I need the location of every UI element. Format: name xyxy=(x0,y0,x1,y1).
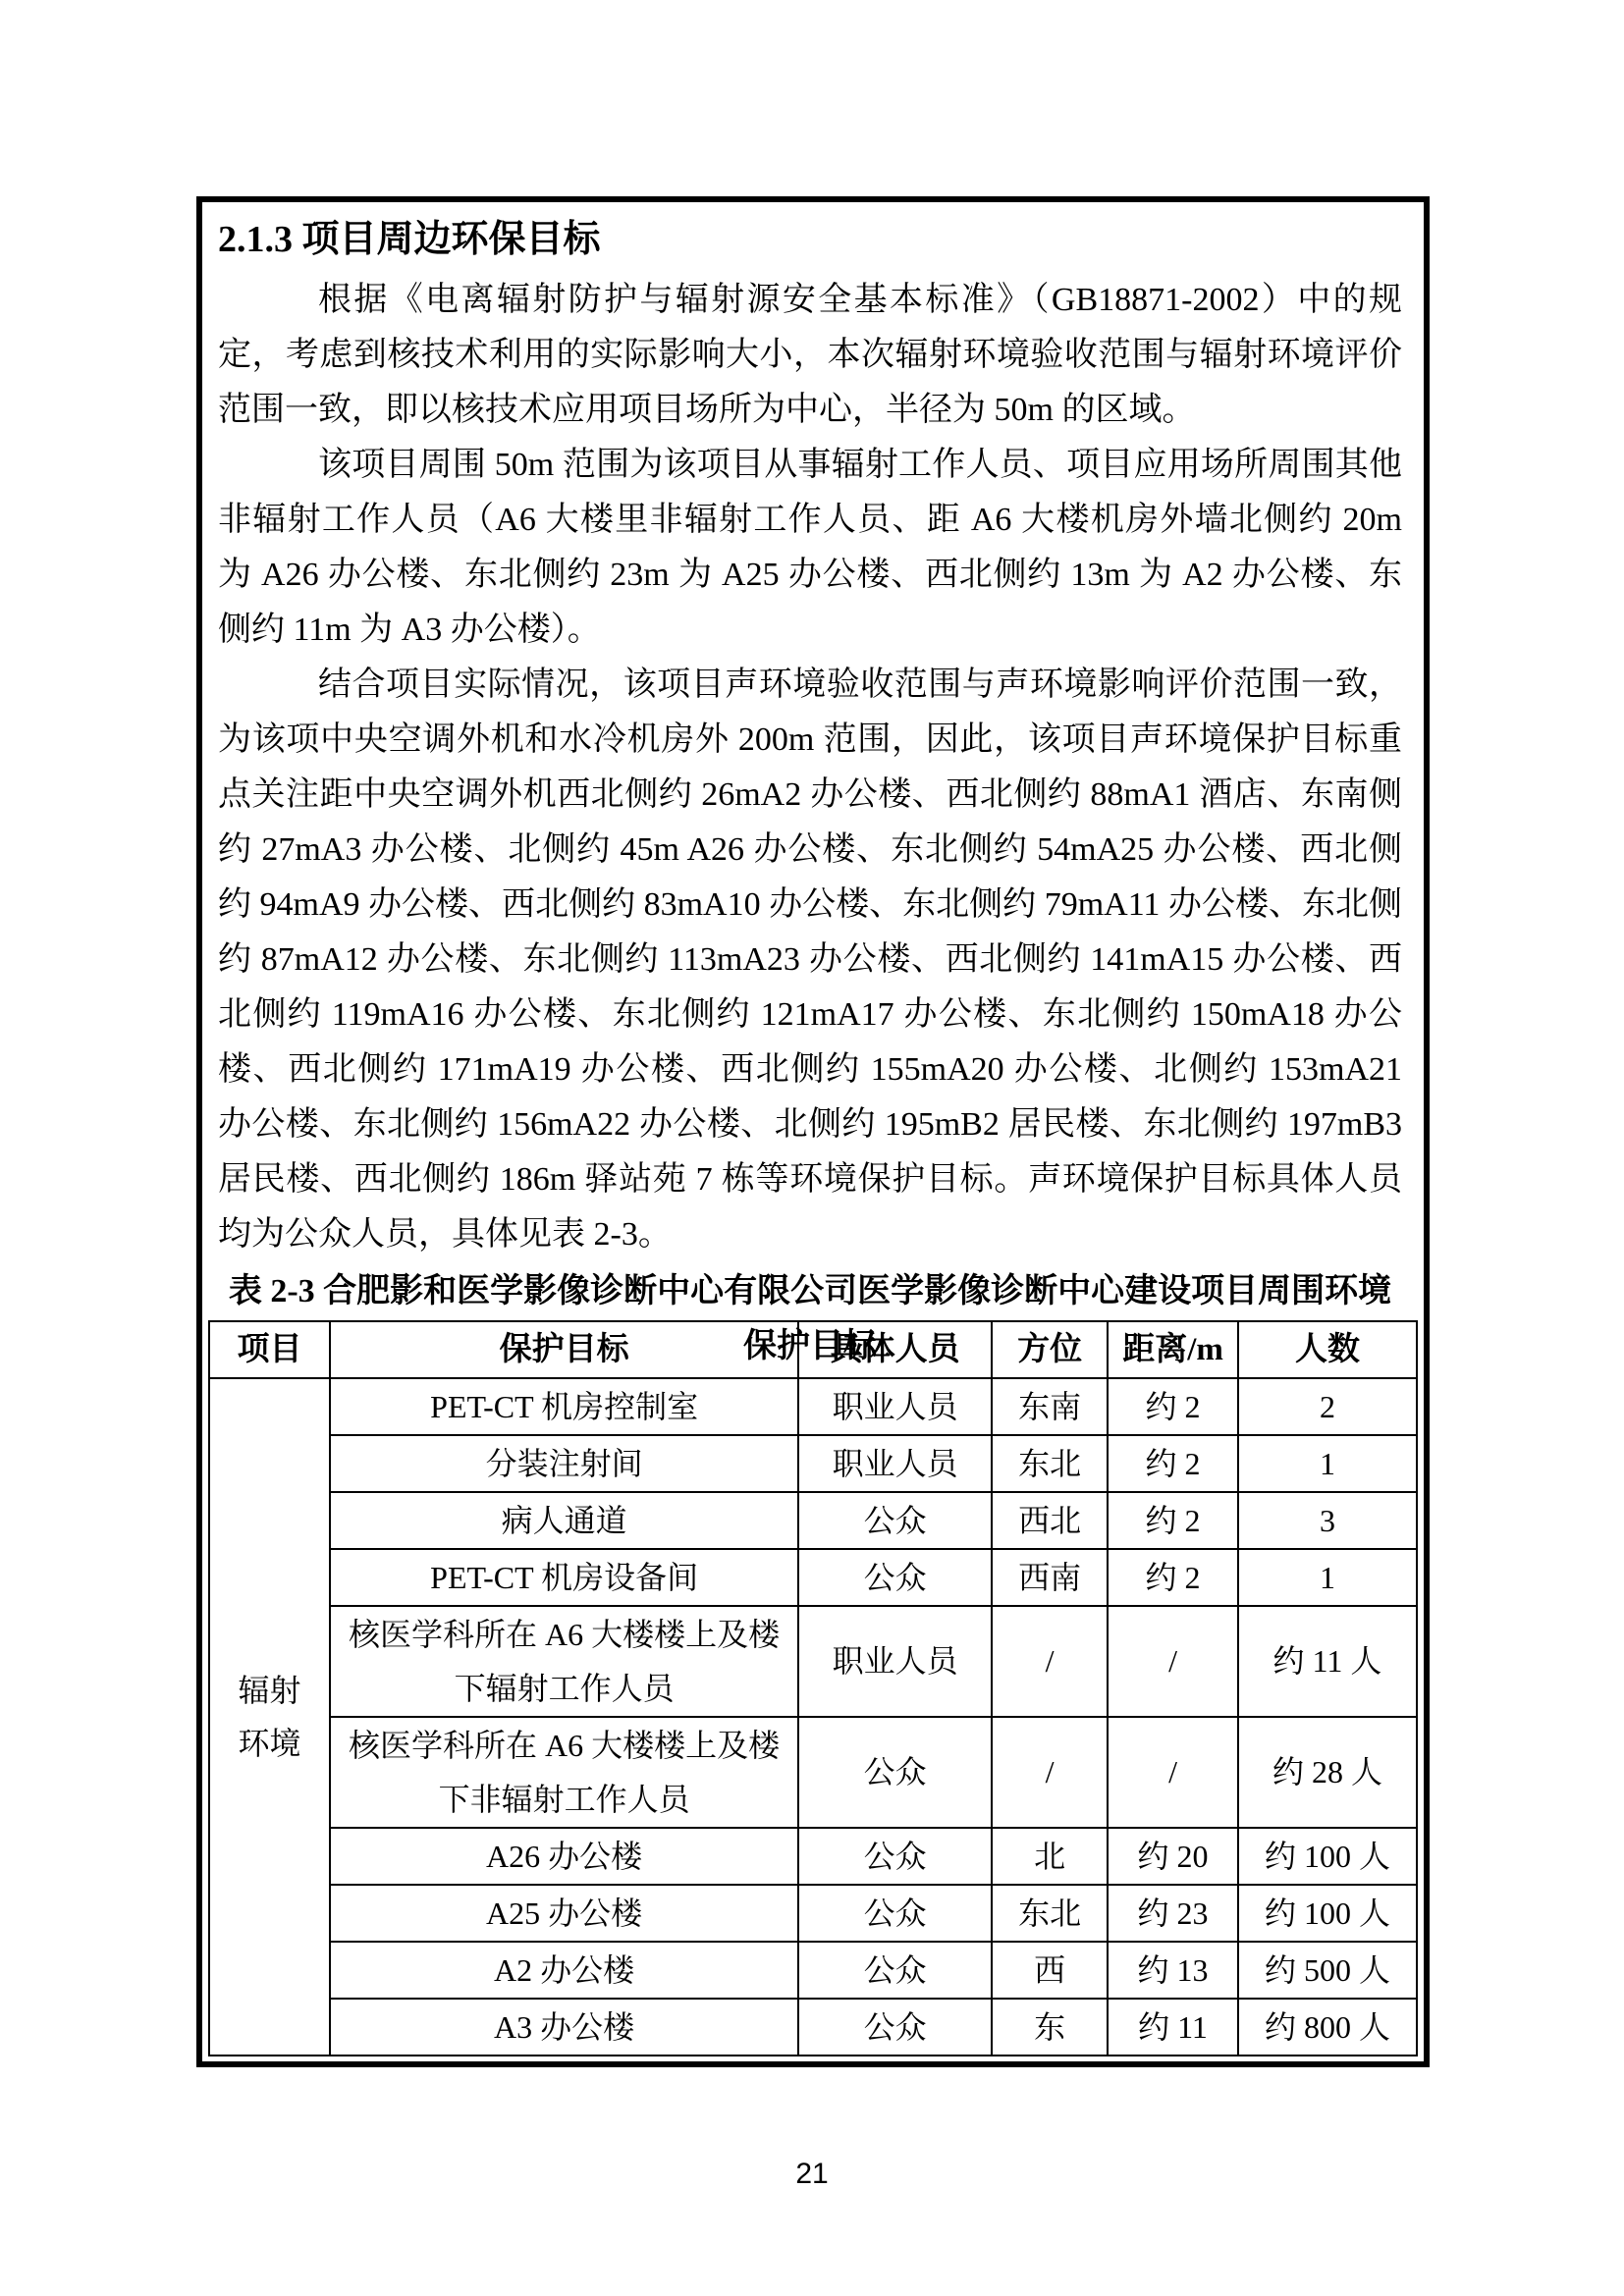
table-row: 核医学科所在 A6 大楼楼上及楼下非辐射工作人员 公众 / / 约 28 人 xyxy=(209,1717,1417,1828)
cell-distance: 约 11 xyxy=(1108,1999,1238,2056)
cell-target: A25 办公楼 xyxy=(330,1885,798,1942)
cell-distance: 约 13 xyxy=(1108,1942,1238,1999)
cell-personnel: 公众 xyxy=(798,1717,992,1828)
cell-personnel: 公众 xyxy=(798,1828,992,1885)
paragraph-scope: 根据《电离辐射防护与辐射源安全基本标准》（GB18871-2002）中的规定，考… xyxy=(218,273,1402,438)
cell-direction: 东 xyxy=(992,1999,1108,2056)
cell-target: PET-CT 机房控制室 xyxy=(330,1378,798,1435)
cell-direction: 西北 xyxy=(992,1492,1108,1549)
table-row: 核医学科所在 A6 大楼楼上及楼下辐射工作人员 职业人员 / / 约 11 人 xyxy=(209,1606,1417,1717)
environment-protection-table: 项目 保护目标 具体人员 方位 距离/m 人数 辐射 环境 PET-CT 机房控… xyxy=(208,1320,1418,2056)
table-row: A26 办公楼 公众 北 约 20 约 100 人 xyxy=(209,1828,1417,1885)
cell-count: 1 xyxy=(1238,1435,1417,1492)
category-line-1: 辐射 xyxy=(238,1673,300,1708)
cell-personnel: 公众 xyxy=(798,1492,992,1549)
cell-distance: 约 2 xyxy=(1108,1492,1238,1549)
cell-target: 核医学科所在 A6 大楼楼上及楼下辐射工作人员 xyxy=(330,1606,798,1717)
section-heading: 2.1.3 项目周边环保目标 xyxy=(218,214,1402,265)
cell-count: 约 500 人 xyxy=(1238,1942,1417,1999)
cell-target: 核医学科所在 A6 大楼楼上及楼下非辐射工作人员 xyxy=(330,1717,798,1828)
table-row: 分装注射间 职业人员 东北 约 2 1 xyxy=(209,1435,1417,1492)
cell-distance: 约 2 xyxy=(1108,1435,1238,1492)
cell-direction: 东北 xyxy=(992,1885,1108,1942)
column-header-personnel: 具体人员 xyxy=(798,1321,992,1378)
cell-distance: / xyxy=(1108,1606,1238,1717)
cell-target: A2 办公楼 xyxy=(330,1942,798,1999)
cell-count: 约 28 人 xyxy=(1238,1717,1417,1828)
table-header-row: 项目 保护目标 具体人员 方位 距离/m 人数 xyxy=(209,1321,1417,1378)
column-header-distance: 距离/m xyxy=(1108,1321,1238,1378)
column-header-count: 人数 xyxy=(1238,1321,1417,1378)
cell-personnel: 公众 xyxy=(798,1942,992,1999)
cell-count: 2 xyxy=(1238,1378,1417,1435)
cell-direction: 东南 xyxy=(992,1378,1108,1435)
cell-target: A3 办公楼 xyxy=(330,1999,798,2056)
cell-count: 约 800 人 xyxy=(1238,1999,1417,2056)
cell-count: 1 xyxy=(1238,1549,1417,1606)
cell-personnel: 职业人员 xyxy=(798,1435,992,1492)
paragraph-radiation-range: 该项目周围 50m 范围为该项目从事辐射工作人员、项目应用场所周围其他非辐射工作… xyxy=(218,438,1402,658)
cell-direction: 西 xyxy=(992,1942,1108,1999)
cell-personnel: 公众 xyxy=(798,1885,992,1942)
cell-count: 3 xyxy=(1238,1492,1417,1549)
cell-count: 约 100 人 xyxy=(1238,1828,1417,1885)
table-row: A2 办公楼 公众 西 约 13 约 500 人 xyxy=(209,1942,1417,1999)
cell-target: 分装注射间 xyxy=(330,1435,798,1492)
cell-direction: 北 xyxy=(992,1828,1108,1885)
cell-count: 约 11 人 xyxy=(1238,1606,1417,1717)
column-header-direction: 方位 xyxy=(992,1321,1108,1378)
cell-direction: / xyxy=(992,1606,1108,1717)
category-cell: 辐射 环境 xyxy=(209,1378,330,2056)
table-row: PET-CT 机房设备间 公众 西南 约 2 1 xyxy=(209,1549,1417,1606)
column-header-item: 项目 xyxy=(209,1321,330,1378)
cell-count: 约 100 人 xyxy=(1238,1885,1417,1942)
cell-personnel: 公众 xyxy=(798,1549,992,1606)
table-row: 病人通道 公众 西北 约 2 3 xyxy=(209,1492,1417,1549)
paragraph-noise-targets: 结合项目实际情况，该项目声环境验收范围与声环境影响评价范围一致，为该项中央空调外… xyxy=(218,658,1402,1262)
cell-direction: 西南 xyxy=(992,1549,1108,1606)
table-row: A25 办公楼 公众 东北 约 23 约 100 人 xyxy=(209,1885,1417,1942)
document-page: { "page": { "number": "21" }, "section":… xyxy=(0,0,1624,2296)
cell-personnel: 公众 xyxy=(798,1999,992,2056)
cell-distance: 约 2 xyxy=(1108,1549,1238,1606)
cell-distance: / xyxy=(1108,1717,1238,1828)
cell-direction: / xyxy=(992,1717,1108,1828)
page-number: 21 xyxy=(0,2158,1624,2191)
content-frame: 2.1.3 项目周边环保目标 根据《电离辐射防护与辐射源安全基本标准》（GB18… xyxy=(196,196,1430,2067)
cell-personnel: 职业人员 xyxy=(798,1378,992,1435)
category-line-2: 环境 xyxy=(238,1726,300,1761)
table-row: 辐射 环境 PET-CT 机房控制室 职业人员 东南 约 2 2 xyxy=(209,1378,1417,1435)
cell-distance: 约 20 xyxy=(1108,1828,1238,1885)
table-row: A3 办公楼 公众 东 约 11 约 800 人 xyxy=(209,1999,1417,2056)
column-header-target: 保护目标 xyxy=(330,1321,798,1378)
cell-target: 病人通道 xyxy=(330,1492,798,1549)
cell-distance: 约 23 xyxy=(1108,1885,1238,1942)
cell-personnel: 职业人员 xyxy=(798,1606,992,1717)
cell-target: PET-CT 机房设备间 xyxy=(330,1549,798,1606)
cell-target: A26 办公楼 xyxy=(330,1828,798,1885)
cell-direction: 东北 xyxy=(992,1435,1108,1492)
cell-distance: 约 2 xyxy=(1108,1378,1238,1435)
